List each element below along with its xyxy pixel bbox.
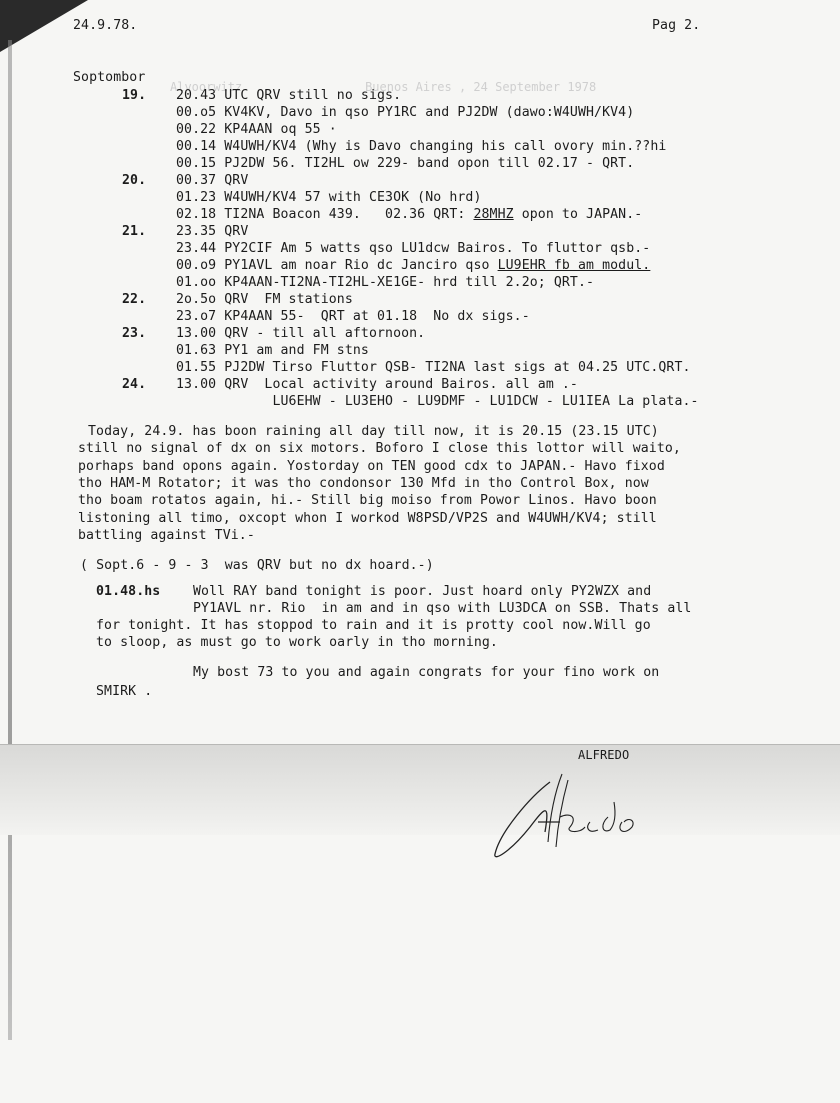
log-day: 21. — [122, 224, 146, 240]
paragraph-line: still no signal of dx on six motors. Bof… — [78, 441, 681, 457]
log-day: 19. — [122, 88, 146, 104]
log-entry: 13.00 QRV Local activity around Bairos. … — [176, 377, 578, 393]
paragraph-line: tho HAM-M Rotator; it was tho condonsor … — [78, 476, 649, 492]
paragraph-line: battling against TVi.- — [78, 528, 255, 544]
log-entry: 20.43 UTC QRV still no sigs. — [176, 88, 401, 104]
log-day: 20. — [122, 173, 146, 189]
log-entry: 00.22 KP4AAN oq 55 · — [176, 122, 337, 138]
log-entry: 13.00 QRV - till all aftornoon. — [176, 326, 425, 342]
late-line-1: Woll RAY band tonight is poor. Just hoar… — [193, 584, 651, 600]
closing-line-1: My bost 73 to you and again congrats for… — [193, 665, 659, 681]
paragraph-line: Today, 24.9. has boon raining all day ti… — [88, 424, 659, 440]
letter-page: Alvoorwitz Buenos Aires , 24 September 1… — [0, 0, 840, 1103]
closing-line-2: SMIRK . — [96, 684, 152, 700]
log-entry: 23.o7 KP4AAN 55- QRT at 01.18 No dx sigs… — [176, 309, 530, 325]
log-entry: 01.oo KP4AAN-TI2NA-TI2HL-XE1GE- hrd till… — [176, 275, 594, 291]
log-day: 23. — [122, 326, 146, 342]
paragraph-line: tho boam rotatos again, hi.- Still big m… — [78, 493, 657, 509]
underlined-text: LU9EHR fb am modul. — [498, 258, 651, 273]
log-day: 24. — [122, 377, 146, 393]
underlined-text: 28MHZ — [473, 207, 513, 222]
log-entry: 01.23 W4UWH/KV4 57 with CE3OK (No hrd) — [176, 190, 482, 206]
log-entry: 01.63 PY1 am and FM stns — [176, 343, 369, 359]
month-heading: Soptombor — [73, 70, 145, 86]
log-entry: 00.14 W4UWH/KV4 (Why is Davo changing hi… — [176, 139, 666, 155]
late-time: 01.48.hs — [96, 584, 160, 600]
letter-date: 24.9.78. — [73, 18, 137, 34]
log-entry: 00.o5 KV4KV, Davo in qso PY1RC and PJ2DW… — [176, 105, 634, 121]
log-entry: 00.15 PJ2DW 56. TI2HL ow 229- band opon … — [176, 156, 634, 172]
late-cont-1: for tonight. It has stoppod to rain and … — [96, 618, 651, 634]
note-line: ( Sopt.6 - 9 - 3 was QRV but no dx hoard… — [80, 558, 434, 574]
log-entry: 00.37 QRV — [176, 173, 248, 189]
handwritten-signature — [490, 772, 700, 862]
page-edge-shadow — [8, 40, 12, 1040]
paragraph-line: porhaps band opons again. Yostorday on T… — [78, 459, 665, 475]
typed-signature: ALFREDO — [578, 747, 629, 763]
late-line-2: PY1AVL nr. Rio in am and in qso with LU3… — [193, 601, 691, 617]
page-number: Pag 2. — [652, 18, 700, 34]
late-cont-2: to sloop, as must go to work oarly in th… — [96, 635, 498, 651]
log-entry: 2o.5o QRV FM stations — [176, 292, 353, 308]
log-entry: 23.44 PY2CIF Am 5 watts qso LU1dcw Bairo… — [176, 241, 650, 257]
log-entry: 01.55 PJ2DW Tirso Fluttor QSB- TI2NA las… — [176, 360, 691, 376]
log-day: 22. — [122, 292, 146, 308]
log-entry: 02.18 TI2NA Boacon 439. 02.36 QRT: 28MHZ… — [176, 207, 642, 223]
log-entry: 00.o9 PY1AVL am noar Rio dc Janciro qso … — [176, 258, 650, 274]
paper-fold — [0, 744, 840, 835]
paragraph-line: listoning all timo, oxcopt whon I workod… — [78, 511, 657, 527]
log-entry: LU6EHW - LU3EHO - LU9DMF - LU1DCW - LU1I… — [176, 394, 699, 410]
log-entry: 23.35 QRV — [176, 224, 248, 240]
